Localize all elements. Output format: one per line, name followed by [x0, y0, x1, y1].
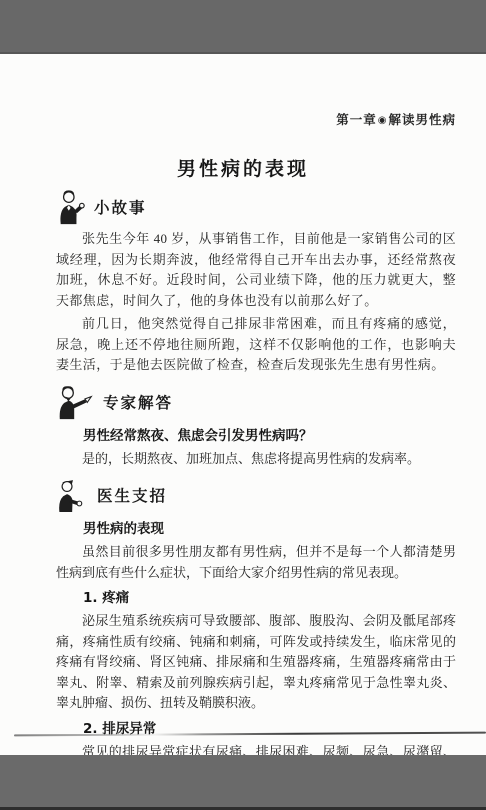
doctor-subsection-heading: 男性病的表现	[56, 519, 456, 539]
expert-speaker-icon	[56, 384, 96, 420]
scanner-band-top	[0, 0, 486, 54]
list-item-heading: 1. 疼痛	[56, 588, 456, 608]
doctor-advice-icon	[56, 477, 90, 513]
expert-section-badge: 专家解答	[56, 383, 456, 421]
page-body: 第一章◉解读男性病 男性病的表现 小故事 张先生今年 40 岁，从	[0, 54, 486, 807]
list-item-body: 泌尿生殖系统疾病可导致腰部、腹部、腹股沟、会阴及骶尾部疼痛，疼痛性质有绞痛、钝痛…	[56, 611, 456, 714]
expert-question-heading: 男性经常熬夜、焦虑会引发男性病吗？	[56, 426, 456, 446]
expert-section-label: 专家解答	[103, 391, 173, 413]
story-paragraph: 前几日，他突然觉得自己排尿非常困难，而且有疼痛的感觉，尿急，晚上还不停地往厕所跑…	[56, 314, 456, 376]
story-section-badge: 小故事	[56, 188, 456, 226]
page-title: 男性病的表现	[0, 154, 486, 181]
scanned-book-page: 第一章◉解读男性病 男性病的表现 小故事 张先生今年 40 岁，从	[0, 0, 486, 810]
doctor-section: 医生支招 男性病的表现 虽然目前很多男性朋友都有男性病，但并不是每一个人都清楚男…	[56, 476, 456, 783]
doctor-section-badge: 医生支招	[56, 476, 456, 514]
running-header: 第一章◉解读男性病	[56, 110, 456, 128]
expert-answer-text: 是的，长期熬夜、加班加点、焦虑将提高男性病的发病率。	[56, 449, 456, 470]
chapter-label: 第一章	[336, 112, 377, 127]
chapter-title: 解读男性病	[388, 112, 456, 127]
storyteller-man-icon	[56, 189, 87, 225]
expert-section: 专家解答 男性经常熬夜、焦虑会引发男性病吗？ 是的，长期熬夜、加班加点、焦虑将提…	[56, 383, 456, 470]
scanner-band-bottom	[0, 755, 486, 810]
story-paragraph: 张先生今年 40 岁，从事销售工作，目前他是一家销售公司的区域经理，因为长期奔波…	[56, 229, 456, 311]
chapter-separator-icon: ◉	[377, 115, 389, 126]
story-section: 小故事 张先生今年 40 岁，从事销售工作，目前他是一家销售公司的区域经理，因为…	[56, 188, 456, 376]
story-section-label: 小故事	[94, 196, 147, 218]
doctor-intro-paragraph: 虽然目前很多男性朋友都有男性病，但并不是每一个人都清楚男性病到底有些什么症状，下…	[56, 542, 456, 583]
doctor-section-label: 医生支招	[97, 484, 167, 506]
